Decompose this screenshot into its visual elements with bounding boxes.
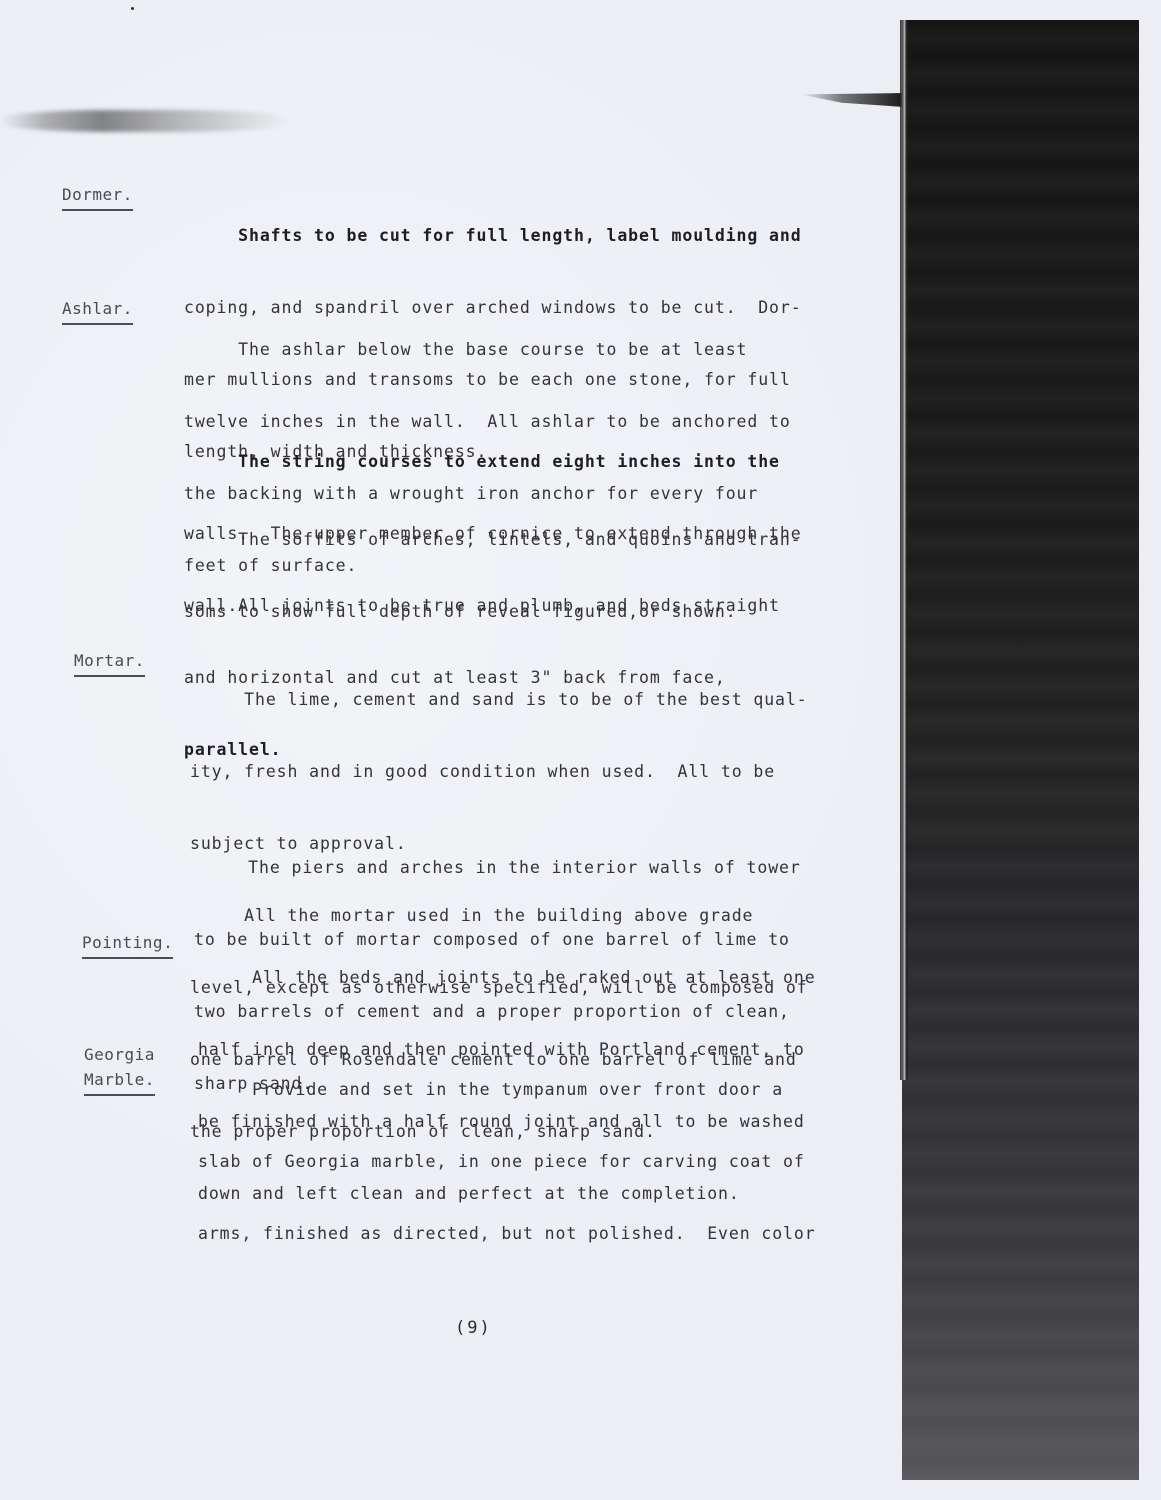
page-number: (9) [455,1318,492,1338]
text-line: Provide and set in the tympanum over fro… [198,1078,878,1102]
margin-heading-ashlar: Ashlar. [62,296,133,325]
text-line: All the beds and joints to be raked out … [198,966,878,990]
scan-dark-margin [902,20,1139,1480]
text-line: arms, finished as directed, but not poli… [198,1222,878,1246]
margin-heading-georgia-marble: Georgia Marble. [84,1042,155,1096]
text-line: The string courses to extend eight inche… [184,450,864,474]
text-line: The piers and arches in the interior wal… [194,856,874,880]
margin-heading-pointing: Pointing. [82,930,173,959]
text-line: Shafts to be cut for full length, label … [184,224,864,248]
scan-smudge [0,110,290,132]
heading-text: Mortar. [74,648,145,673]
heading-text: Dormer. [62,182,133,207]
heading-text: Ashlar. [62,296,133,321]
margin-heading-dormer: Dormer. [62,182,133,211]
margin-heading-mortar: Mortar. [74,648,145,677]
text-line: ity, fresh and in good condition when us… [190,760,870,784]
heading-text: Georgia [84,1042,155,1067]
scan-edge-line [900,20,908,1080]
document-page: Dormer. Shafts to be cut for full length… [0,0,1161,1500]
paragraph-georgia-marble: Provide and set in the tympanum over fro… [198,1030,878,1294]
heading-text: Pointing. [82,930,173,955]
heading-text: Marble. [84,1067,155,1092]
scan-artifact-tab [800,93,904,107]
speck-mark [131,7,134,10]
text-line: The lime, cement and sand is to be of th… [190,688,870,712]
text-line: The ashlar below the base course to be a… [184,338,864,362]
text-line: All joints to be true and plumb, and bed… [184,594,864,618]
text-line: slab of Georgia marble, in one piece for… [198,1150,878,1174]
